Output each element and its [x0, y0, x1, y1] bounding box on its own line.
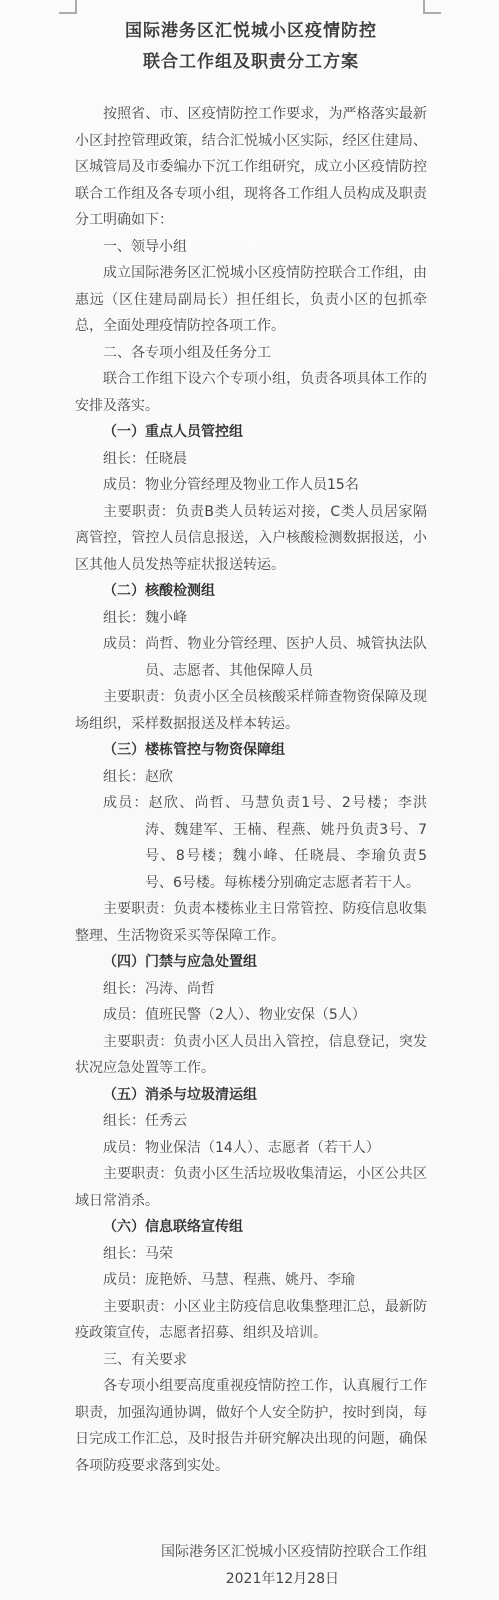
document-title: 国际港务区汇悦城小区疫情防控 联合工作组及职责分工方案 — [75, 16, 427, 78]
group-2-leader: 组长：魏小峰 — [75, 605, 427, 632]
section-1-body: 成立国际港务区汇悦城小区疫情防控联合工作组，由惠远（区住建局副局长）担任组长，负… — [75, 260, 427, 340]
section-2-heading: 二、各专项小组及任务分工 — [75, 340, 427, 367]
group-6-duty: 主要职责：小区业主防疫信息收集整理汇总，最新防疫政策宣传，志愿者招募、组织及培训… — [75, 1294, 427, 1347]
document-content: 国际港务区汇悦城小区疫情防控 联合工作组及职责分工方案 按照省、市、区疫情防控工… — [0, 0, 499, 1593]
page-margin-crop-mark-top-left — [59, 0, 77, 14]
section-1-heading: 一、领导小组 — [75, 234, 427, 261]
group-1-heading: （一）重点人员管控组 — [75, 419, 427, 446]
group-1-members: 成员：物业分管经理及物业工作人员15名 — [145, 472, 427, 499]
signature-block: 国际港务区汇悦城小区疫情防控联合工作组 2021年12月28日 — [75, 1539, 427, 1593]
group-5-leader: 组长：任秀云 — [75, 1108, 427, 1135]
group-5-members: 成员：物业保洁（14人）、志愿者（若干人） — [145, 1135, 427, 1162]
group-6-heading: （六）信息联络宣传组 — [75, 1214, 427, 1241]
section-3-body: 各专项小组要高度重视疫情防控工作，认真履行工作职责，加强沟通协调，做好个人安全防… — [75, 1373, 427, 1479]
group-6-members: 成员：庞艳娇、马慧、程燕、姚丹、李瑜 — [145, 1267, 427, 1294]
intro-paragraph: 按照省、市、区疫情防控工作要求，为严格落实最新小区封控管理政策，结合汇悦城小区实… — [75, 101, 427, 234]
group-1-duty: 主要职责：负责B类人员转运对接，C类人员居家隔离管控，管控人员信息报送，入户核酸… — [75, 499, 427, 579]
document-title-line-2: 联合工作组及职责分工方案 — [75, 47, 427, 78]
section-2-body: 联合工作组下设六个专项小组，负责各项具体工作的安排及落实。 — [75, 366, 427, 419]
document-title-line-1: 国际港务区汇悦城小区疫情防控 — [75, 16, 427, 47]
page-margin-crop-mark-top-right — [423, 0, 441, 14]
group-2-heading: （二）核酸检测组 — [75, 578, 427, 605]
group-6-leader: 组长：马荣 — [75, 1241, 427, 1268]
group-3-leader: 组长：赵欣 — [75, 764, 427, 791]
group-4-members: 成员：值班民警（2人）、物业安保（5人） — [145, 1002, 427, 1029]
group-4-duty: 主要职责：负责小区人员出入管控，信息登记，突发状况应急处置等工作。 — [75, 1029, 427, 1082]
document-page: 国际港务区汇悦城小区疫情防控 联合工作组及职责分工方案 按照省、市、区疫情防控工… — [0, 0, 499, 1600]
signature-date: 2021年12月28日 — [75, 1566, 427, 1593]
group-1-leader: 组长：任晓晨 — [75, 446, 427, 473]
group-5-duty: 主要职责：负责小区生活垃圾收集清运，小区公共区域日常消杀。 — [75, 1161, 427, 1214]
group-5-heading: （五）消杀与垃圾清运组 — [75, 1082, 427, 1109]
group-3-members: 成员：赵欣、尚哲、马慧负责1号、2号楼；李洪涛、魏建军、王楠、程燕、姚丹负责3号… — [145, 790, 427, 896]
group-3-duty: 主要职责：负责本楼栋业主日常管控、防疫信息收集整理、生活物资采买等保障工作。 — [75, 896, 427, 949]
group-2-members: 成员：尚哲、物业分管经理、医护人员、城管执法队员、志愿者、其他保障人员 — [145, 631, 427, 684]
section-3-heading: 三、有关要求 — [75, 1347, 427, 1374]
group-4-heading: （四）门禁与应急处置组 — [75, 949, 427, 976]
signature-organization: 国际港务区汇悦城小区疫情防控联合工作组 — [75, 1539, 427, 1566]
group-4-leader: 组长：冯涛、尚哲 — [75, 976, 427, 1003]
group-3-heading: （三）楼栋管控与物资保障组 — [75, 737, 427, 764]
group-2-duty: 主要职责：负责小区全员核酸采样筛查物资保障及现场组织，采样数据报送及样本转运。 — [75, 684, 427, 737]
